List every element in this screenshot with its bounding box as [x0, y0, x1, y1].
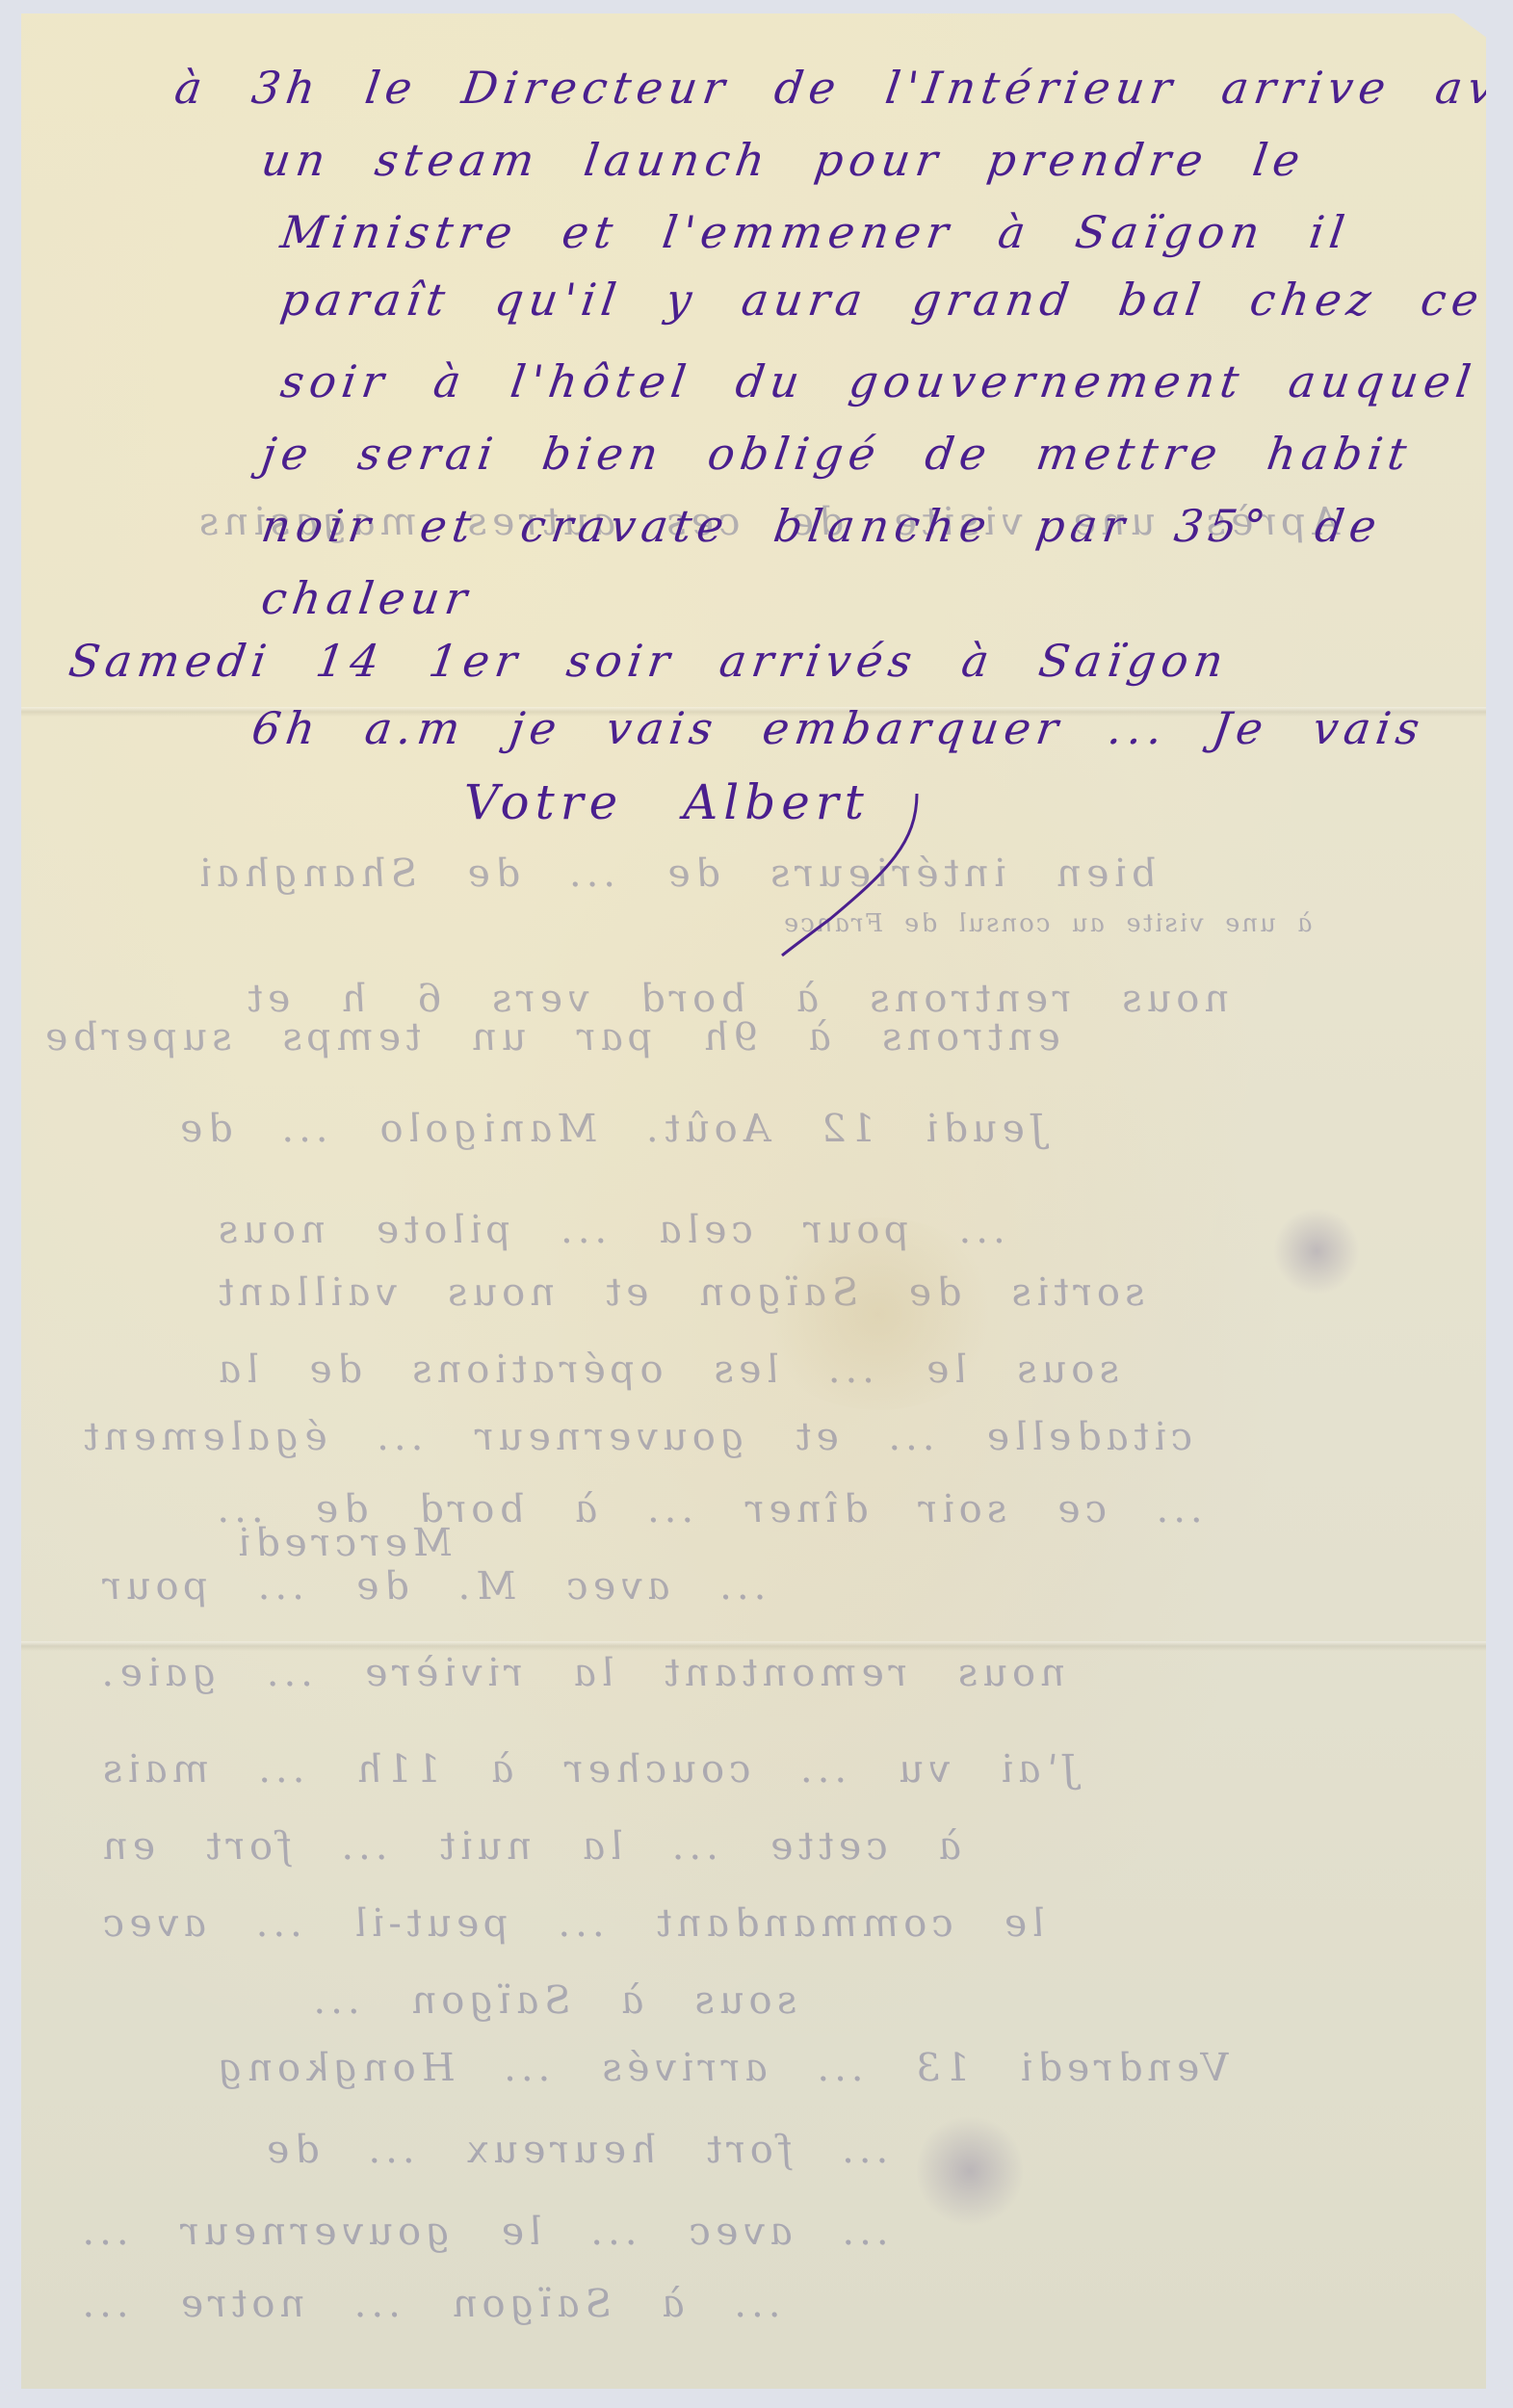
- handwritten-line: un steam launch pour prendre le: [258, 134, 1309, 186]
- bleed-through-line: à cette ... la nuit ... fort en: [95, 1824, 965, 1869]
- bleed-through-line: sous à Saïgon ...: [307, 1978, 800, 2023]
- paper-stain: [753, 1217, 1004, 1410]
- handwritten-line: 6h a.m je vais embarquer ... Je vais: [248, 702, 1428, 754]
- bleed-through-line: Mercredi: [230, 1521, 456, 1565]
- bleed-through-line: Vendredi 13 ... arrivés ... Hongkong: [211, 2046, 1232, 2090]
- bleed-through-line: J'ai vu ... coucher à 11h ... mais: [95, 1747, 1081, 1792]
- bleed-through-line: citadelle ... et gouverneur ... égalemen…: [76, 1415, 1196, 1459]
- ink-smudge: [1273, 1208, 1360, 1295]
- bleed-through-line: entrons à 9h par un temps superbe: [38, 1015, 1064, 1060]
- paper-fold: [21, 1641, 1486, 1651]
- bleed-through-line: le commandant ... peut-il ... avec: [95, 1901, 1048, 1946]
- handwritten-line: noir et cravate blanche par 35° de: [258, 500, 1385, 552]
- bleed-through-line: nous remontant la rivière ... gaie.: [95, 1651, 1069, 1695]
- signature-flourish: [772, 784, 1023, 957]
- handwritten-line: Samedi 14 1er soir arrivés à Saïgon: [65, 635, 1232, 687]
- bleed-through-line: ... avec M. de ... pour: [95, 1564, 770, 1609]
- handwritten-line: Ministre et l'emmener à Saïgon il: [277, 206, 1353, 258]
- handwritten-line: paraît qu'il y aura grand bal chez ce: [277, 274, 1487, 326]
- handwritten-line: chaleur: [258, 572, 476, 624]
- bleed-through-line: Jeudi 12 Août. Manigolo ... de: [172, 1107, 1049, 1151]
- letter-page: Après une visite de ces autres magasins …: [21, 13, 1486, 2389]
- handwritten-line: soir à l'hôtel du gouvernement auquel: [277, 355, 1479, 407]
- ink-smudge: [917, 2113, 1023, 2229]
- handwritten-line: à 3h le Directeur de l'Intérieur arrive …: [171, 62, 1513, 114]
- bleed-through-line: ... à Saïgon ... notre ...: [76, 2282, 786, 2326]
- handwritten-line: je serai bien obligé de mettre habit: [258, 428, 1415, 480]
- bleed-through-line: ... fort heureux ... de: [259, 2128, 893, 2172]
- bleed-through-line: ... avec ... le gouverneur ...: [76, 2210, 894, 2254]
- bleed-through-line: sortis de Saïgon et nous vaillant: [211, 1270, 1148, 1315]
